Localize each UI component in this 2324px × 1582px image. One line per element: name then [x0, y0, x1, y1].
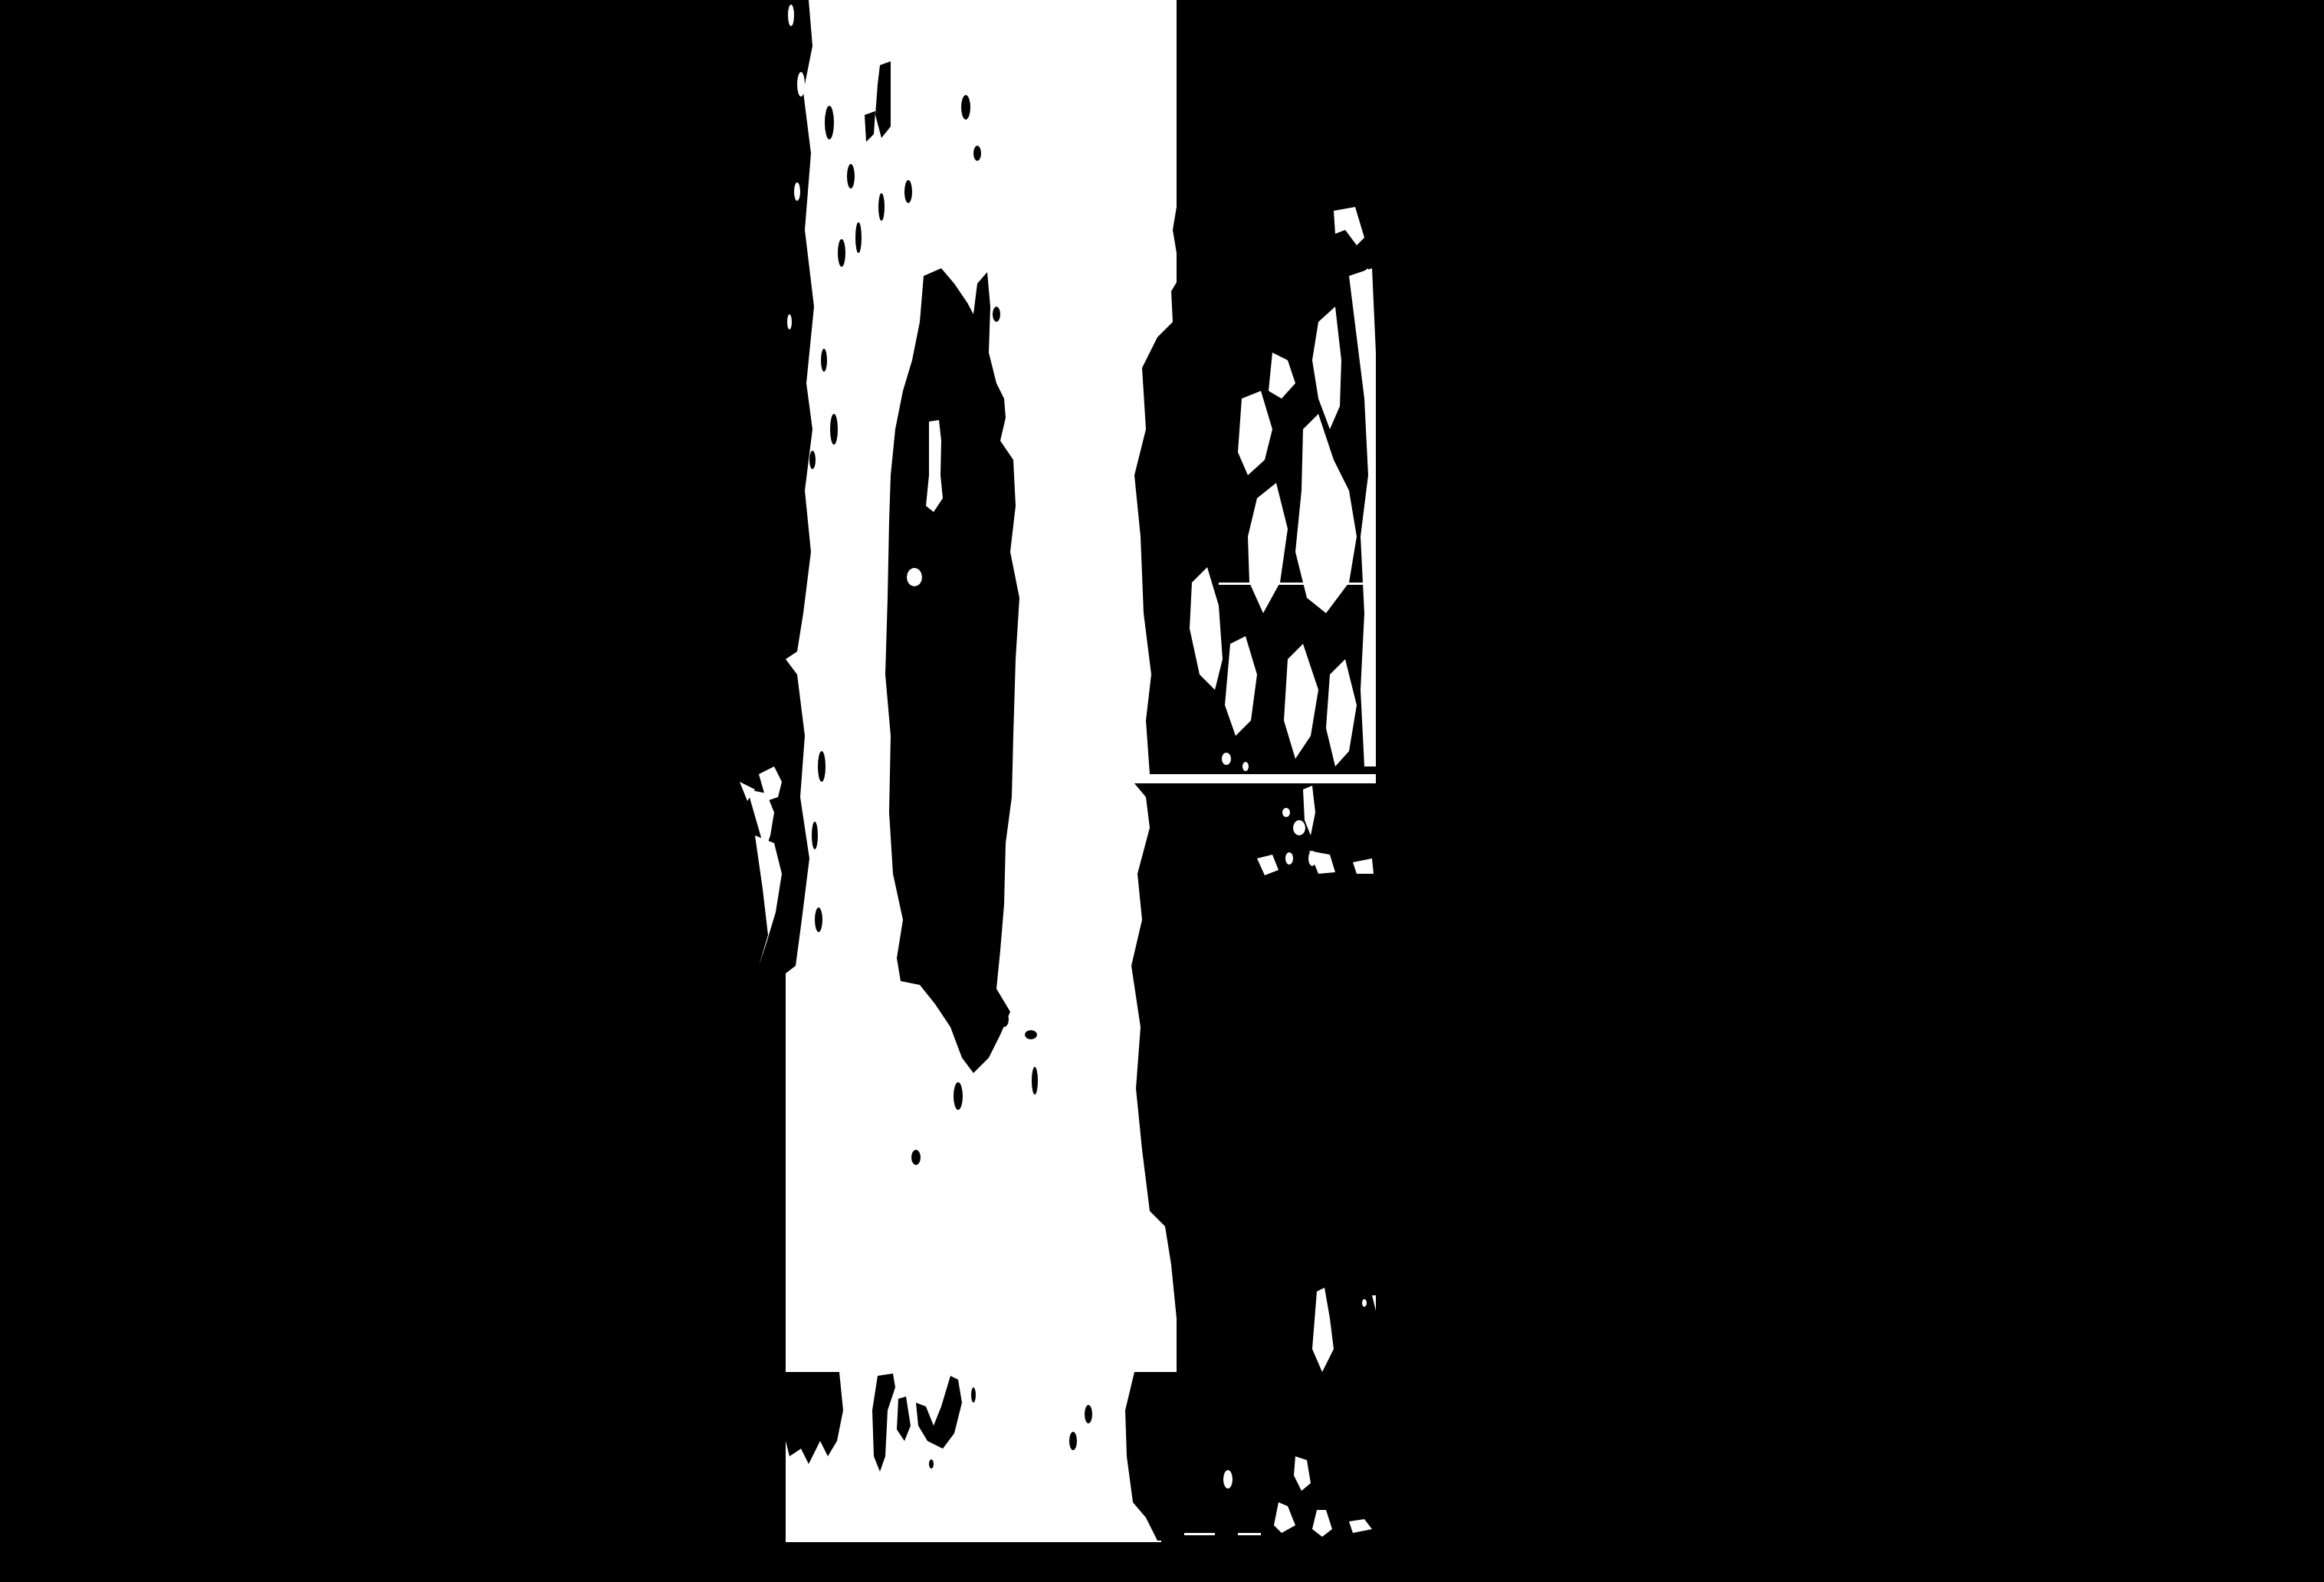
- thresholded-image-canvas: [0, 0, 2324, 1582]
- bottom-right-black-tile: [1125, 1372, 1376, 1541]
